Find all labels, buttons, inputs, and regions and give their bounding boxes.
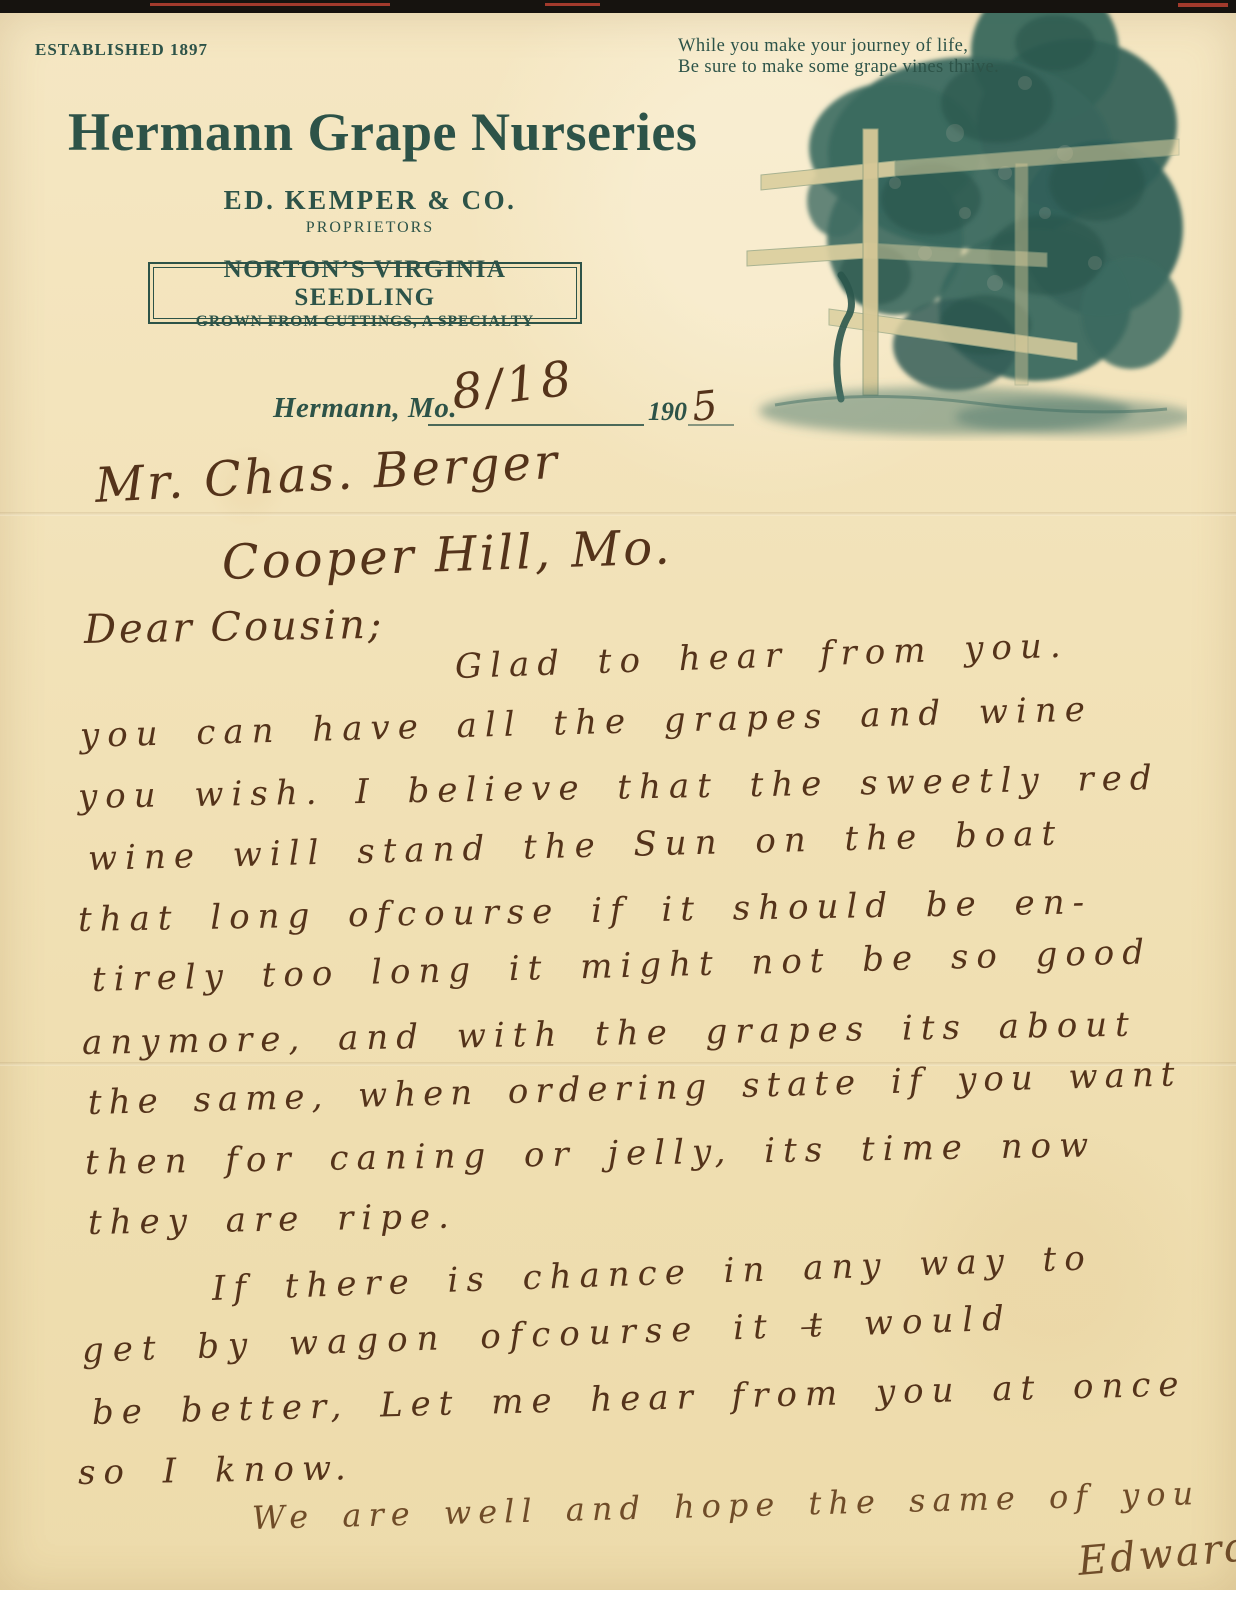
specialty-line-2: GROWN FROM CUTTINGS, A SPECIALTY xyxy=(196,313,534,331)
handwritten-line: tirely too long it might not be so good xyxy=(91,932,1152,1000)
dateline-year-printed: 190 xyxy=(648,397,687,427)
proprietor-block: ED. KEMPER & CO. PROPRIETORS xyxy=(70,185,670,237)
specialty-box: NORTON’S VIRGINIA SEEDLING GROWN FROM CU… xyxy=(148,262,582,324)
handwritten-line: you can have all the grapes and wine xyxy=(79,689,1093,756)
scan-red-mark xyxy=(1178,3,1228,7)
handwritten-date: 8/18 xyxy=(449,350,579,421)
letter-paper: ESTABLISHED 1897 While you make your jou… xyxy=(0,13,1236,1590)
handwritten-recipient-name: Mr. Chas. Berger xyxy=(94,434,562,514)
handwritten-line: wine will stand the Sun on the boat xyxy=(87,813,1063,879)
scan-red-mark xyxy=(545,3,600,6)
slogan-line-1: While you make your journey of life, xyxy=(678,36,999,57)
specialty-line-1: NORTON’S VIRGINIA SEEDLING xyxy=(150,256,580,312)
handwritten-recipient-address: Cooper Hill, Mo. xyxy=(221,519,673,591)
dateline-rule xyxy=(428,424,644,426)
paper-fold-crease xyxy=(0,512,1236,516)
handwritten-line: anymore, and with the grapes its about xyxy=(82,1005,1137,1063)
proprietor-label: PROPRIETORS xyxy=(70,219,670,237)
handwritten-line: If there is chance in any way to xyxy=(211,1238,1093,1309)
handwritten-line: they are ripe. xyxy=(88,1197,458,1243)
proprietor-name: ED. KEMPER & CO. xyxy=(70,185,670,216)
slogan-line-2: Be sure to make some grape vines thrive. xyxy=(678,57,999,78)
handwritten-salutation: Dear Cousin; xyxy=(84,602,385,653)
handwritten-line: then for caning or jelly, its time now xyxy=(85,1125,1097,1183)
handwritten-line: be better, Let me hear from you at once xyxy=(91,1364,1187,1433)
handwritten-line: Glad to hear from you. xyxy=(454,626,1069,687)
scanned-letter-page: ESTABLISHED 1897 While you make your jou… xyxy=(0,0,1236,1600)
handwritten-line: so I know. xyxy=(78,1448,354,1493)
handwritten-closing: We are well and hope the same of you xyxy=(252,1474,1201,1537)
company-title: Hermann Grape Nurseries xyxy=(68,101,697,163)
dateline-place: Hermann, Mo. xyxy=(273,392,457,425)
established-year-text: ESTABLISHED 1897 xyxy=(35,40,208,60)
handwritten-year-digit: 5 xyxy=(690,382,720,430)
slogan-text: While you make your journey of life, Be … xyxy=(678,36,999,78)
scan-edge-artifact xyxy=(0,0,1236,13)
handwritten-line: you wish. I believe that the sweetly red xyxy=(78,758,1160,817)
scan-red-mark xyxy=(150,3,390,6)
handwritten-signature: Edward xyxy=(1076,1524,1236,1585)
handwritten-line: that long ofcourse if it should be en- xyxy=(78,882,1093,940)
handwritten-line: get by wagon ofcourse it t̶ would xyxy=(81,1299,1013,1371)
